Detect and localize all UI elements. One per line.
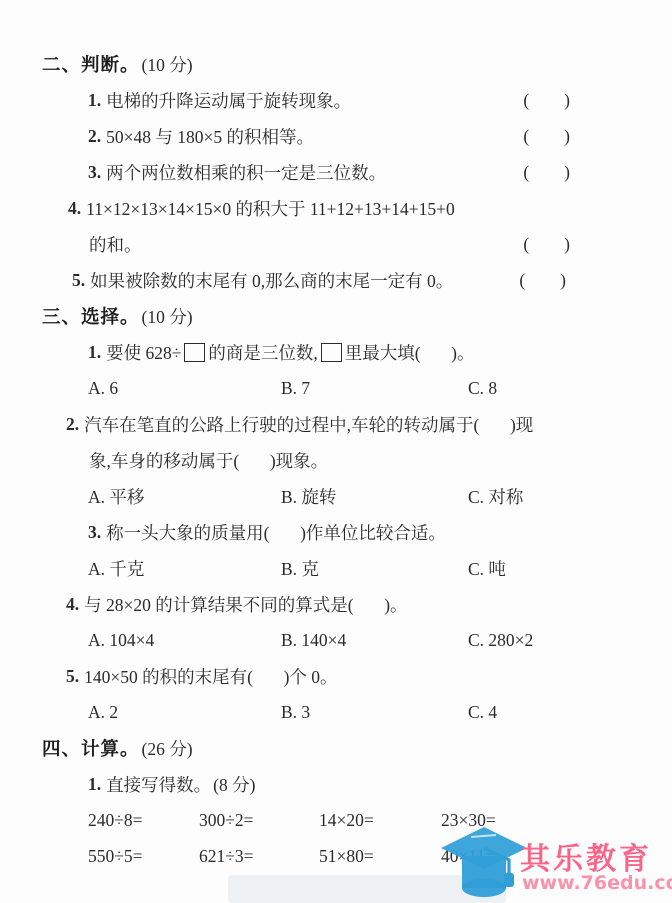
choice-item-4-option-a: A. 104×4	[88, 630, 281, 651]
choice-item-4-text: 与 28×20 的计算结果不同的算式是( )。	[84, 592, 407, 617]
choice-item-5-option-c: C. 4	[468, 702, 652, 723]
equation: 550÷5=	[88, 846, 199, 867]
choice-item-3-option-a: A. 千克	[88, 556, 281, 581]
judge-item-2-answer-blank: ( )	[523, 126, 570, 147]
empty-box-glyph	[321, 343, 342, 362]
judge-item-4-number: 4.	[68, 198, 81, 219]
judge-item-1-answer-blank: ( )	[523, 90, 570, 111]
calc-subsection-header: 1. 直接写得数。 (8 分)	[88, 766, 652, 802]
choice-item-2-option-a: A. 平移	[88, 484, 281, 509]
choice-item-2-options: A. 平移 B. 旋转 C. 对称	[88, 478, 652, 514]
equation: 300÷2=	[199, 810, 319, 831]
section-calc-points: (26 分)	[142, 736, 193, 761]
choice-item-3-number: 3.	[88, 522, 101, 543]
equation: 14×20=	[319, 810, 441, 831]
choice-item-2-text-line-2: 象,车身的移动属于( )现象。	[89, 448, 328, 473]
equation: 51×80=	[319, 846, 441, 867]
judge-item-1-number: 1.	[88, 90, 101, 111]
choice-item-2-line-1: 2. 汽车在笔直的公路上行驶的过程中,车轮的转动属于( )现	[66, 406, 652, 442]
judge-item-5-answer-blank: ( )	[519, 270, 566, 291]
choice-item-1-text-mid: 的商是三位数,	[208, 340, 317, 365]
judge-item-1: 1. 电梯的升降运动属于旋转现象。 ( )	[88, 82, 570, 118]
choice-item-4-option-b: B. 140×4	[281, 630, 468, 651]
section-calc-title: 四、计算。	[42, 735, 140, 761]
section-calc-header: 四、计算。 (26 分)	[42, 730, 652, 766]
judge-item-3-number: 3.	[88, 162, 101, 183]
choice-item-2-number: 2.	[66, 414, 79, 435]
choice-item-1-option-a: A. 6	[88, 378, 281, 399]
equation: 240÷8=	[88, 810, 199, 831]
section-judge-header: 二、判断。 (10 分)	[42, 46, 652, 82]
judge-item-4-answer-blank: ( )	[523, 234, 570, 255]
choice-item-3-option-c: C. 吨	[468, 556, 652, 581]
choice-item-5-options: A. 2 B. 3 C. 4	[88, 694, 652, 730]
worksheet-page: 二、判断。 (10 分) 1. 电梯的升降运动属于旋转现象。 ( ) 2. 50…	[0, 0, 672, 903]
choice-item-1-option-b: B. 7	[281, 378, 468, 399]
choice-item-1-text-pre: 要使 628÷	[106, 340, 181, 365]
judge-item-1-text: 电梯的升降运动属于旋转现象。	[106, 88, 351, 113]
judge-item-2: 2. 50×48 与 180×5 的积相等。 ( )	[88, 118, 570, 154]
calc-subsection-text: 直接写得数。	[106, 772, 211, 797]
equation: 621÷3=	[199, 846, 319, 867]
choice-item-3-text: 称一头大象的质量用( )作单位比较合适。	[106, 520, 446, 545]
judge-item-5-number: 5.	[72, 270, 85, 291]
choice-item-5-option-a: A. 2	[88, 702, 281, 723]
watermark-url-text: www.76edu.com	[522, 872, 672, 894]
choice-item-4-number: 4.	[66, 594, 79, 615]
choice-item-5: 5. 140×50 的积的末尾有( )个 0。	[66, 658, 652, 694]
choice-item-2-option-b: B. 旋转	[281, 484, 468, 509]
choice-item-3-option-b: B. 克	[281, 556, 468, 581]
graduation-cap-icon	[441, 824, 527, 903]
judge-item-5: 5. 如果被除数的末尾有 0,那么商的末尾一定有 0。 ( )	[72, 262, 566, 298]
worksheet-content: 二、判断。 (10 分) 1. 电梯的升降运动属于旋转现象。 ( ) 2. 50…	[0, 0, 672, 874]
choice-item-2-option-c: C. 对称	[468, 484, 652, 509]
judge-item-5-text: 如果被除数的末尾有 0,那么商的末尾一定有 0。	[90, 268, 453, 293]
judge-item-3-text: 两个两位数相乘的积一定是三位数。	[106, 160, 386, 185]
section-choice-points: (10 分)	[142, 304, 193, 329]
choice-item-2-line-2: 象,车身的移动属于( )现象。	[89, 442, 652, 478]
calc-subsection-number: 1.	[88, 774, 101, 795]
choice-item-3: 3. 称一头大象的质量用( )作单位比较合适。	[88, 514, 652, 550]
judge-item-2-text: 50×48 与 180×5 的积相等。	[106, 124, 314, 149]
choice-item-2-text-line-1: 汽车在笔直的公路上行驶的过程中,车轮的转动属于( )现	[84, 412, 533, 437]
judge-item-4-text-line-1: 11×12×13×14×15×0 的积大于 11+12+13+14+15+0	[86, 196, 455, 221]
choice-item-5-number: 5.	[66, 666, 79, 687]
section-judge-points: (10 分)	[142, 52, 193, 77]
choice-item-1-option-c: C. 8	[468, 378, 652, 399]
section-choice-header: 三、选择。 (10 分)	[42, 298, 652, 334]
choice-item-3-options: A. 千克 B. 克 C. 吨	[88, 550, 652, 586]
calc-subsection-points: (8 分)	[213, 772, 255, 797]
empty-box-glyph	[184, 343, 205, 362]
choice-item-1-number: 1.	[88, 342, 101, 363]
choice-item-5-text: 140×50 的积的末尾有( )个 0。	[84, 664, 337, 689]
choice-item-4-option-c: C. 280×2	[468, 630, 652, 651]
choice-item-1-text-post: 里最大填( )。	[345, 340, 475, 365]
judge-item-4-text-line-2: 的和。	[89, 232, 142, 257]
choice-item-1-options: A. 6 B. 7 C. 8	[88, 370, 652, 406]
section-judge-title: 二、判断。	[42, 51, 140, 77]
choice-item-1: 1. 要使 628÷ 的商是三位数, 里最大填( )。	[88, 334, 652, 370]
section-choice-title: 三、选择。	[42, 303, 140, 329]
choice-item-5-option-b: B. 3	[281, 702, 468, 723]
choice-item-4-options: A. 104×4 B. 140×4 C. 280×2	[88, 622, 652, 658]
watermark: 其乐教育 www.76edu.com	[441, 820, 672, 903]
judge-item-4-line-1: 4. 11×12×13×14×15×0 的积大于 11+12+13+14+15+…	[68, 190, 652, 226]
judge-item-2-number: 2.	[88, 126, 101, 147]
judge-item-3: 3. 两个两位数相乘的积一定是三位数。 ( )	[88, 154, 570, 190]
judge-item-3-answer-blank: ( )	[523, 162, 570, 183]
judge-item-4-line-2: 的和。 ( )	[89, 226, 570, 262]
choice-item-4: 4. 与 28×20 的计算结果不同的算式是( )。	[66, 586, 652, 622]
